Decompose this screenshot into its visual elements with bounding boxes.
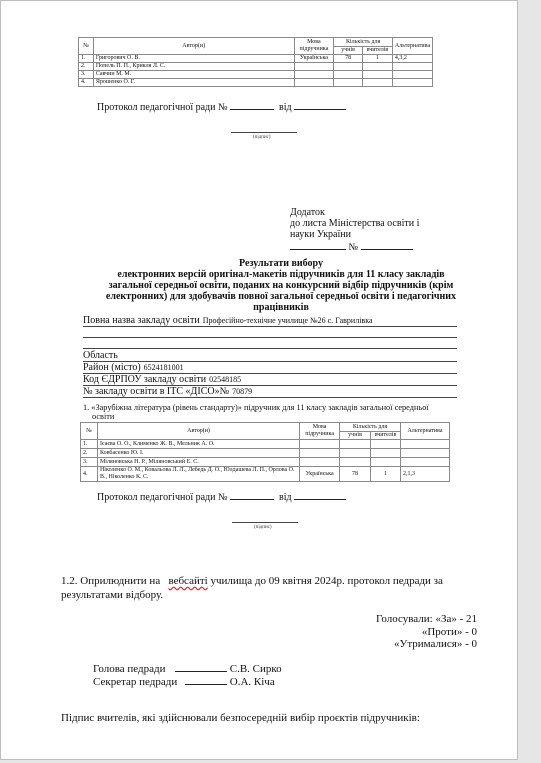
- institution-field: Повна назва закладу освітиПрофесійно-тех…: [83, 315, 457, 327]
- protocol-line-1: Протокол педагогічної ради № від: [97, 100, 346, 113]
- table-row: 3.Савчин М. М.: [79, 71, 433, 79]
- table-row: 4.Ніколенко О. М., Ковальова Л. Л., Лебе…: [81, 467, 450, 482]
- cell-language: [300, 458, 340, 467]
- protocol-number-blank: [230, 490, 274, 500]
- signature-caption-2: (підпис): [254, 525, 272, 530]
- col-alternative: Альтернатива: [392, 38, 432, 55]
- district-field: Район (місто)6524181001: [83, 362, 457, 374]
- col-students: учнів: [334, 47, 363, 55]
- blank-line-2: [83, 348, 457, 349]
- protocol-date-blank: [294, 490, 346, 500]
- cell-num: 3.: [81, 458, 98, 467]
- cell-author: Міляновська Н. Р., Міляновський Е. С.: [97, 458, 299, 467]
- table-row: 3.Міляновська Н. Р., Міляновський Е. С.: [81, 458, 450, 467]
- appendix-date-blank: [290, 240, 346, 250]
- col-count-group: Кількість для: [334, 38, 393, 47]
- table-row: 1.Григорович О. В.Українська7814,3,2: [79, 55, 433, 63]
- region-field: Область: [83, 350, 457, 362]
- voting-block: Голосували: «За» - 21 «Проти» - 0 «Утрим…: [341, 613, 477, 651]
- signature-line-1: [231, 132, 297, 133]
- cell-author: Ковбасенко Ю. І.: [97, 449, 299, 458]
- cell-students: [334, 71, 363, 79]
- col-language: Мова підручника: [294, 38, 334, 55]
- col-alternative: Альтернатива: [400, 423, 449, 440]
- cell-alternative: [392, 71, 432, 79]
- col-author: Автор(и): [97, 423, 299, 440]
- cell-num: 3.: [79, 71, 94, 79]
- col-author: Автор(и): [93, 38, 294, 55]
- cell-students: [340, 440, 371, 449]
- head-signature-blank: [175, 662, 227, 672]
- cell-alternative: [400, 440, 449, 449]
- cell-teachers: [371, 440, 401, 449]
- secretary-signature: Секретар педради О.А. Кіча: [93, 675, 275, 688]
- table-row: 2.Ковбасенко Ю. І.: [81, 449, 450, 458]
- table-row: 1.Ісаєва О. О., Клименко Ж. В., Мельник …: [81, 440, 450, 449]
- cell-teachers: 1: [371, 467, 401, 482]
- col-students: учнів: [340, 432, 371, 440]
- appendix-number-blank: [361, 240, 413, 250]
- cell-language: [294, 63, 334, 71]
- cell-author: Савчин М. М.: [93, 71, 294, 79]
- document-title: Результати вибору електронних версій ори…: [61, 258, 501, 313]
- cell-num: 4.: [79, 79, 94, 87]
- cell-students: [340, 458, 371, 467]
- protocol-number-blank: [230, 100, 274, 110]
- cell-alternative: [400, 449, 449, 458]
- document-page: № Автор(и) Мова підручника Кількість для…: [0, 0, 518, 760]
- col-teachers: вчителів: [362, 47, 392, 55]
- cell-language: [300, 440, 340, 449]
- cell-students: [334, 79, 363, 87]
- cell-author: Ярошенко О. Г.: [93, 79, 294, 87]
- cell-teachers: 1: [362, 55, 392, 63]
- cell-students: [340, 449, 371, 458]
- cell-students: 78: [340, 467, 371, 482]
- secretary-signature-blank: [185, 675, 227, 685]
- section-1-heading: 1. «Зарубіжна література (рівень стандар…: [83, 403, 429, 421]
- signature-caption-1: (підпис): [253, 135, 271, 140]
- itc-field: № закладу освіти в ІТС «ДІСО»№70879: [83, 386, 457, 398]
- cell-num: 1.: [79, 55, 94, 63]
- textbook-table-1: № Автор(и) Мова підручника Кількість для…: [78, 37, 433, 87]
- table-row: 4.Ярошенко О. Г.: [79, 79, 433, 87]
- cell-author: Григорович О. В.: [93, 55, 294, 63]
- cell-language: Українська: [294, 55, 334, 63]
- cell-language: [294, 71, 334, 79]
- col-num: №: [81, 423, 98, 440]
- cell-num: 2.: [79, 63, 94, 71]
- cell-alternative: [392, 63, 432, 71]
- cell-alternative: [400, 458, 449, 467]
- item-1-2: 1.2. Оприлюднити на вебсайті училища до …: [61, 574, 479, 602]
- cell-teachers: [371, 449, 401, 458]
- cell-alternative: [392, 79, 432, 87]
- protocol-line-2: Протокол педагогічної ради № від: [97, 490, 346, 503]
- cell-alternative: 2,1,3: [400, 467, 449, 482]
- cell-language: [300, 449, 340, 458]
- edrpou-field: Код ЄДРПОУ закладу освіти02548185: [83, 374, 457, 386]
- col-teachers: вчителів: [371, 432, 401, 440]
- cell-teachers: [362, 71, 392, 79]
- protocol-date-blank: [294, 100, 346, 110]
- cell-num: 4.: [81, 467, 98, 482]
- cell-teachers: [371, 458, 401, 467]
- cell-num: 1.: [81, 440, 98, 449]
- spellcheck-word: вебсайті: [168, 575, 207, 587]
- cell-language: Українська: [300, 467, 340, 482]
- cell-author: Попель П. П., Крикля Л. С.: [93, 63, 294, 71]
- cell-students: [334, 63, 363, 71]
- cell-author: Ніколенко О. М., Ковальова Л. Л., Лебедь…: [97, 467, 299, 482]
- appendix-block: Додаток до листа Міністерства освіти і н…: [290, 207, 419, 253]
- cell-alternative: 4,3,2: [392, 55, 432, 63]
- cell-students: 78: [334, 55, 363, 63]
- table-row: 2.Попель П. П., Крикля Л. С.: [79, 63, 433, 71]
- signature-line-2: [232, 522, 298, 523]
- cell-teachers: [362, 79, 392, 87]
- textbook-table-2: № Автор(и) Мова підручника Кількість для…: [80, 422, 450, 482]
- cell-num: 2.: [81, 449, 98, 458]
- cell-teachers: [362, 63, 392, 71]
- col-language: Мова підручника: [300, 423, 340, 440]
- head-signature: Голова педради С.В. Сирко: [93, 662, 282, 675]
- blank-line-1: [83, 337, 457, 338]
- col-num: №: [79, 38, 94, 55]
- cell-author: Ісаєва О. О., Клименко Ж. В., Мельник А.…: [97, 440, 299, 449]
- teachers-signature-label: Підпис вчителів, які здійснювали безпосе…: [61, 712, 420, 724]
- cell-language: [294, 79, 334, 87]
- col-count-group: Кількість для: [340, 423, 401, 432]
